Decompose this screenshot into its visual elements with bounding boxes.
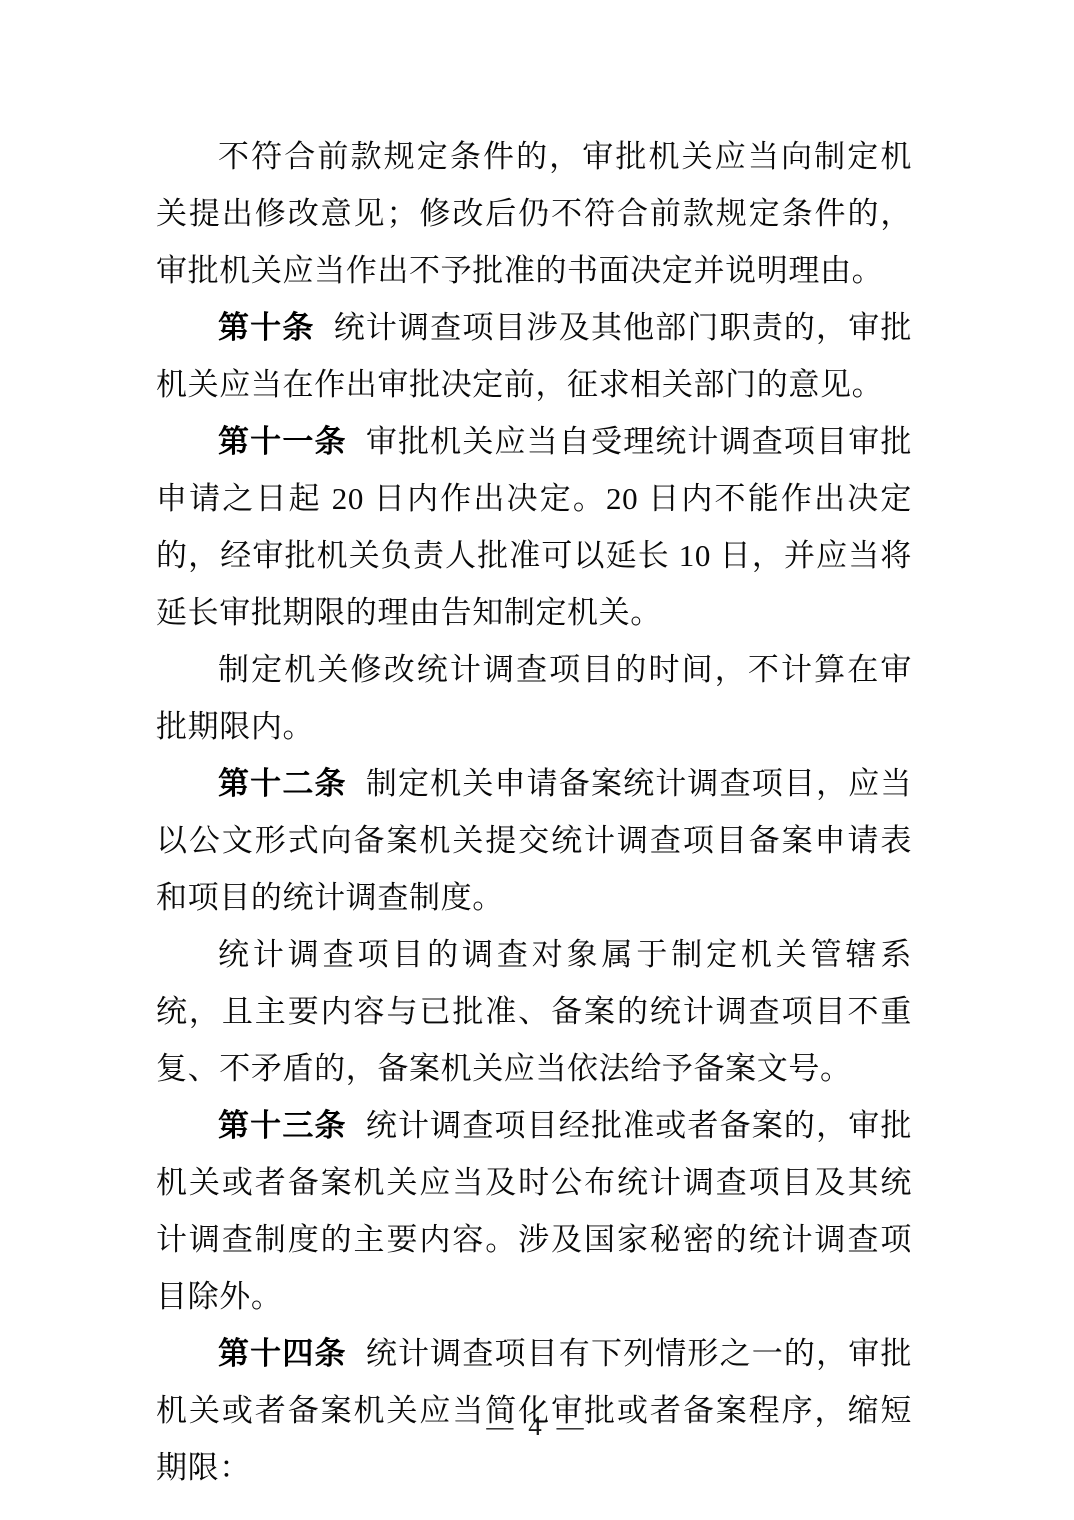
page-number: — 4 —: [0, 1406, 1074, 1446]
paragraph-text: 统计调查项目的调查对象属于制定机关管辖系统，且主要内容与已批准、备案的统计调查项…: [156, 937, 912, 1086]
paragraph: 统计调查项目的调查对象属于制定机关管辖系统，且主要内容与已批准、备案的统计调查项…: [156, 926, 912, 1097]
article-heading: 第十二条: [218, 766, 347, 801]
paragraph-text: 制定机关修改统计调查项目的时间，不计算在审批期限内。: [156, 652, 912, 744]
paragraph: 不符合前款规定条件的，审批机关应当向制定机关提出修改意见；修改后仍不符合前款规定…: [156, 128, 912, 299]
article-heading: 第十三条: [218, 1108, 347, 1143]
article-heading: 第十一条: [218, 424, 347, 459]
paragraph: 第十一条审批机关应当自受理统计调查项目审批申请之日起 20 日内作出决定。20 …: [156, 413, 912, 641]
article-heading: 第十条: [218, 310, 314, 345]
document-body: 不符合前款规定条件的，审批机关应当向制定机关提出修改意见；修改后仍不符合前款规定…: [156, 128, 912, 1496]
paragraph: 第十三条统计调查项目经批准或者备案的，审批机关或者备案机关应当及时公布统计调查项…: [156, 1097, 912, 1325]
paragraph-text: 不符合前款规定条件的，审批机关应当向制定机关提出修改意见；修改后仍不符合前款规定…: [156, 139, 912, 288]
paragraph: 制定机关修改统计调查项目的时间，不计算在审批期限内。: [156, 641, 912, 755]
article-heading: 第十四条: [218, 1336, 347, 1371]
paragraph: 第十条统计调查项目涉及其他部门职责的，审批机关应当在作出审批决定前，征求相关部门…: [156, 299, 912, 413]
paragraph: 第十二条制定机关申请备案统计调查项目，应当以公文形式向备案机关提交统计调查项目备…: [156, 755, 912, 926]
document-page: 不符合前款规定条件的，审批机关应当向制定机关提出修改意见；修改后仍不符合前款规定…: [0, 0, 1074, 1520]
